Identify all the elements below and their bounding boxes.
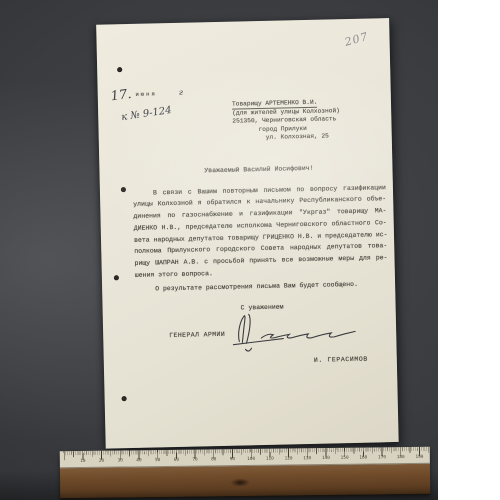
image-white-margin <box>438 0 500 500</box>
photo-background: 207 17.июняг к № 9-124 Товарищу АРТЕМЕНК… <box>0 0 438 500</box>
typed-month: июня <box>135 90 157 97</box>
ruler-number: 60 <box>174 458 179 463</box>
signature-stroke <box>261 331 355 339</box>
ruler-number: 30 <box>118 458 123 463</box>
letter-paper: 207 17.июняг к № 9-124 Товарищу АРТЕМЕНК… <box>96 18 399 449</box>
handwritten-case-number: к № 9-124 <box>121 105 173 123</box>
signature-stroke <box>238 316 245 343</box>
ruler-number: 90 <box>230 457 235 462</box>
punch-hole <box>114 275 119 280</box>
ruler-number: 80 <box>211 457 216 462</box>
signature-stroke <box>246 348 252 351</box>
rank-line: ГЕНЕРАЛ АРМИИ <box>169 331 225 339</box>
signature <box>225 308 386 360</box>
ruler-number: 50 <box>155 458 160 463</box>
ruler-number: 110 <box>266 457 274 462</box>
ruler: 1020304050607080901001101201301401501601… <box>60 447 431 499</box>
ruler-number: 180 <box>397 455 405 460</box>
handwritten-date: 17. <box>110 87 132 105</box>
ruler-number: 140 <box>322 456 330 461</box>
punch-hole <box>117 67 122 72</box>
signature-stroke <box>246 314 251 343</box>
body-paragraph-2: О результате рассмотрения письма Вам буд… <box>135 278 388 295</box>
ruler-number: 150 <box>341 456 349 461</box>
recipient-block: Товарищу АРТЕМЕНКО В.И. (для жителей ули… <box>232 98 341 143</box>
letter-body: Уважаемый Василий Иосифович! В связи с В… <box>132 161 388 316</box>
ruler-number: 10 <box>80 459 85 464</box>
ruler-number: 70 <box>192 458 197 463</box>
ruler-number: 20 <box>99 459 104 464</box>
handwritten-mark: г <box>179 88 183 97</box>
ruler-number: 100 <box>247 457 255 462</box>
recipient-line: ул. Колхозная, 25 <box>266 133 341 143</box>
archive-number: 207 <box>343 30 370 49</box>
ruler-number: 160 <box>359 456 367 461</box>
punch-hole <box>122 396 127 401</box>
ruler-number: 40 <box>136 458 141 463</box>
signature-stroke <box>233 339 283 345</box>
salutation: Уважаемый Василий Иосифович! <box>132 161 385 178</box>
screenshot-canvas: 207 17.июняг к № 9-124 Товарищу АРТЕМЕНК… <box>0 0 500 500</box>
ruler-number: 130 <box>303 456 311 461</box>
ruler-wood <box>60 464 430 500</box>
ruler-number: 190 <box>415 455 423 460</box>
ruler-number: 120 <box>285 456 293 461</box>
punch-hole <box>121 187 126 192</box>
ruler-number: 170 <box>378 455 386 460</box>
signer-name: И. ГЕРАСИМОВ <box>314 356 368 364</box>
